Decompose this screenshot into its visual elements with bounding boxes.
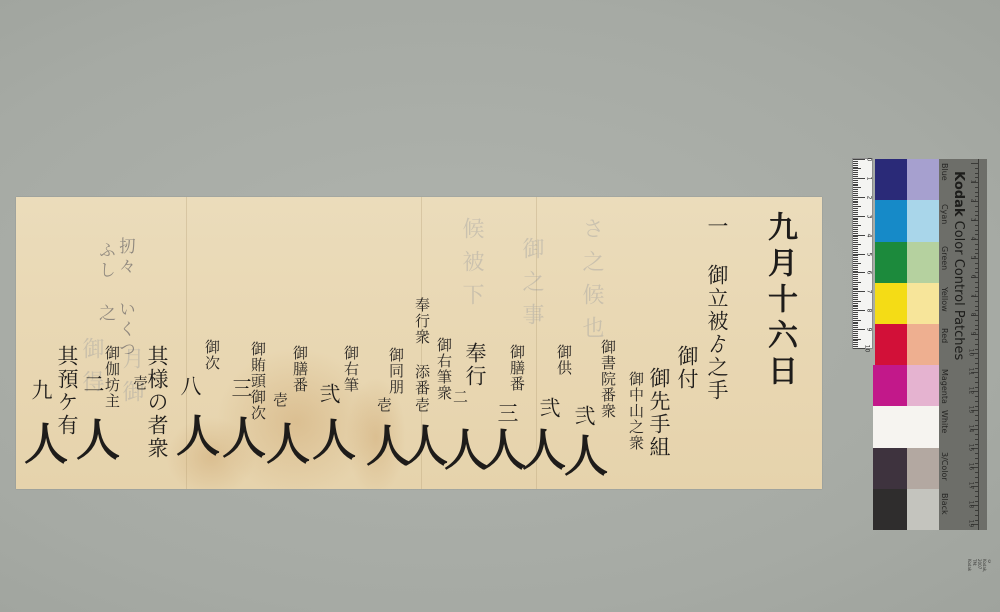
ruler-tick <box>975 406 979 407</box>
color-patch-yellow-light <box>907 283 939 324</box>
color-patch-cyan-dark <box>875 200 907 242</box>
color-patch-blue-dark <box>875 159 907 200</box>
ruler-tick <box>975 415 979 416</box>
text-column: 奉行 <box>464 342 485 388</box>
counter-glyph-hito: 人 <box>482 429 526 473</box>
ruler-number: 8 <box>970 313 977 317</box>
ruler-tick <box>853 235 865 236</box>
ruler-tick <box>975 206 979 207</box>
ruler-tick <box>853 325 858 326</box>
ruler-tick <box>853 236 858 237</box>
ruler-tick <box>853 289 858 290</box>
ruler-tick <box>975 520 979 521</box>
ruler-tick <box>853 244 861 245</box>
ruler-tick <box>853 204 858 205</box>
ruler-tick <box>975 244 979 245</box>
ruler-tick <box>853 312 858 313</box>
ruler-tick <box>975 425 979 426</box>
ruler-tick <box>975 349 979 350</box>
ruler-tick <box>853 316 858 317</box>
show-through-text: 御 之 事 <box>516 237 547 327</box>
ruler-tick <box>971 163 979 164</box>
ruler-number: 7 <box>866 290 873 294</box>
ruler-tick <box>975 358 979 359</box>
ruler-tick <box>975 382 979 383</box>
ruler-tick <box>853 314 858 315</box>
ruler-tick <box>853 286 858 287</box>
count-numeral: 二 <box>82 373 103 396</box>
count-numeral: 九 <box>30 379 51 402</box>
ruler-tick <box>853 257 858 258</box>
color-patch-green-dark <box>875 242 907 283</box>
ruler-tick <box>853 327 858 328</box>
ruler-tick <box>853 165 858 166</box>
ruler-number: 6 <box>970 275 977 279</box>
ruler-tick <box>853 248 858 249</box>
ruler-tick <box>853 223 858 224</box>
color-patch-cyan-light <box>907 200 939 242</box>
ruler-tick <box>853 195 858 196</box>
count-numeral: 八 <box>179 375 200 398</box>
patch-label: Black <box>940 493 949 515</box>
text-column: 一 御立被ゟ之手 <box>706 215 727 402</box>
counter-glyph-hito: 人 <box>522 429 566 473</box>
ruler-tick <box>975 291 979 292</box>
ruler-tick <box>975 168 979 169</box>
ruler-tick <box>975 363 979 364</box>
ruler-tick <box>975 387 979 388</box>
ruler-tick <box>853 218 858 219</box>
ruler-tick <box>853 293 858 294</box>
ruler-tick <box>853 163 858 164</box>
color-patch-3-color-dark <box>873 448 907 489</box>
ruler-tick <box>853 174 858 175</box>
ruler-tick <box>853 255 858 256</box>
ruler-tick <box>975 368 979 369</box>
count-numeral: 壱 <box>132 375 147 391</box>
ruler-tick <box>853 278 858 279</box>
ruler-tick <box>975 287 979 288</box>
ruler-tick <box>853 202 858 203</box>
ruler-tick <box>853 337 858 338</box>
ruler-tick <box>853 299 858 300</box>
ruler-tick <box>975 396 979 397</box>
count-numeral: 三 <box>230 377 251 400</box>
ruler-tick <box>853 323 858 324</box>
ruler-tick <box>975 329 979 330</box>
text-column: 奉行衆 添番 <box>414 297 429 396</box>
ruler-tick <box>853 276 858 277</box>
patch-label: Green <box>940 246 949 270</box>
ruler-tick <box>853 240 858 241</box>
ruler-tick <box>853 219 858 220</box>
ruler-tick <box>853 242 858 243</box>
ruler-tick <box>853 305 858 306</box>
ruler-tick <box>853 199 858 200</box>
ruler-tick <box>853 178 865 179</box>
ruler-tick <box>975 401 979 402</box>
ruler-tick <box>853 318 858 319</box>
ruler-tick <box>853 225 861 226</box>
ruler-tick <box>853 254 865 255</box>
counter-glyph-hito: 人 <box>24 423 68 467</box>
ruler-tick <box>853 295 858 296</box>
ruler-number: 0 <box>866 158 873 162</box>
ruler-tick <box>853 180 858 181</box>
ruler-number: 8 <box>866 309 873 313</box>
ruler-tick <box>853 291 865 292</box>
color-patch-yellow-dark <box>875 283 907 324</box>
ruler-tick <box>975 225 979 226</box>
ruler-tick <box>853 250 858 251</box>
ruler-tick <box>975 173 979 174</box>
count-numeral: 壱 <box>414 397 429 413</box>
ruler-tick <box>975 453 979 454</box>
ruler-number: 9 <box>866 328 873 332</box>
ruler-number: 10 <box>864 345 871 353</box>
count-numeral: 弐 <box>318 383 339 406</box>
count-numeral: 弐 <box>538 397 559 420</box>
counter-glyph-hito: 人 <box>312 419 356 463</box>
ruler-tick <box>853 210 858 211</box>
text-column: 御先手組 <box>648 367 669 459</box>
ruler-tick <box>975 444 979 445</box>
ruler-tick <box>853 233 858 234</box>
ruler-tick <box>853 216 865 217</box>
text-column: 御膳番 <box>292 345 307 393</box>
ruler-tick <box>853 346 858 347</box>
ruler-tick <box>853 308 858 309</box>
ruler-tick <box>853 280 858 281</box>
ruler-tick <box>853 331 858 332</box>
ruler-tick <box>853 238 858 239</box>
ruler-tick <box>853 227 858 228</box>
ruler-tick <box>975 463 979 464</box>
ruler-tick <box>853 333 858 334</box>
ruler-tick <box>975 234 979 235</box>
count-numeral: 二 <box>452 389 467 405</box>
ruler-tick <box>853 159 865 160</box>
count-numeral: 壱 <box>376 397 391 413</box>
ruler-tick <box>853 193 858 194</box>
color-patch-magenta-dark <box>873 365 907 406</box>
ruler-tick <box>853 185 858 186</box>
counter-glyph-hito: 人 <box>444 429 488 473</box>
ruler-tick <box>853 221 858 222</box>
ruler-tick <box>853 201 858 202</box>
ruler-tick <box>853 274 858 275</box>
ruler-tick <box>853 310 865 311</box>
ruler-tick <box>853 252 858 253</box>
text-column: 御付 <box>676 345 697 391</box>
counter-glyph-hito: 人 <box>176 415 220 459</box>
copyright-text: © Kodak, 2007 TM: Kodak <box>967 559 992 572</box>
color-patch-3-color-light <box>907 448 939 489</box>
ruler-tick <box>853 263 861 264</box>
ruler-number: 15 <box>968 444 975 452</box>
ruler-tick <box>853 168 861 169</box>
ruler-tick <box>853 176 858 177</box>
ruler-tick <box>975 211 979 212</box>
ruler-tick <box>853 191 858 192</box>
ruler-tick <box>975 310 979 311</box>
ruler-tick <box>975 344 979 345</box>
ruler-tick <box>853 303 858 304</box>
ruler-number: 17 <box>968 482 975 490</box>
document-paper: さ 之 候 也 御 之 事 候 被 下 御 得 月 御 九月十六日 一 御立被ゟ… <box>16 197 822 489</box>
ruler-tick <box>975 377 979 378</box>
ruler-tick <box>853 301 861 302</box>
ruler-number: 14 <box>968 425 975 433</box>
ruler-tick <box>975 187 979 188</box>
ruler-number: 4 <box>866 233 873 237</box>
ruler-tick <box>853 214 858 215</box>
text-column: 御右筆衆 <box>436 337 451 401</box>
ruler-tick <box>975 439 979 440</box>
patch-label: 3/Color <box>940 452 949 481</box>
ruler-tick <box>975 253 979 254</box>
patch-label: Red <box>940 328 949 343</box>
ruler-tick <box>853 342 858 343</box>
ruler-tick <box>853 208 858 209</box>
ruler-number: 13 <box>968 406 975 414</box>
color-patch-black-light <box>907 489 939 530</box>
ruler-number: 9 <box>970 332 977 336</box>
counter-glyph-hito: 人 <box>76 419 120 463</box>
ruler-tick <box>853 206 861 207</box>
ruler-tick <box>853 339 861 340</box>
ruler-tick <box>853 265 858 266</box>
ruler-tick <box>853 282 861 283</box>
ruler-number: 19 <box>968 520 975 528</box>
ruler-tick <box>975 306 979 307</box>
ruler-tick <box>975 192 979 193</box>
text-column: 御中山之衆 <box>628 371 643 451</box>
ruler-number: 1 <box>866 176 873 180</box>
ruler-tick <box>975 249 979 250</box>
ruler-number: 10 <box>968 349 975 357</box>
ruler-tick <box>853 182 858 183</box>
counter-glyph-hito: 人 <box>266 423 310 467</box>
text-column: 御膳番 <box>509 344 524 392</box>
ruler-tick <box>975 510 979 511</box>
color-patch-red-light <box>907 324 939 365</box>
ruler-tick <box>853 271 858 272</box>
ruler-number: 3 <box>970 218 977 222</box>
ruler-tick <box>853 161 858 162</box>
show-through-text: さ 之 候 也 <box>576 217 607 340</box>
ruler-tick <box>853 189 858 190</box>
kodak-title: Kodak Color Control Patches <box>951 171 966 360</box>
ruler-tick <box>853 197 865 198</box>
ruler-tick <box>853 259 858 260</box>
ruler-number: 16 <box>968 463 975 471</box>
ruler-tick <box>975 215 979 216</box>
ruler-number: 12 <box>968 387 975 395</box>
ruler-tick <box>853 297 858 298</box>
ruler-number: 7 <box>970 294 977 298</box>
ruler-tick <box>853 269 858 270</box>
ruler-tick <box>975 301 979 302</box>
text-column: 御供 <box>556 344 571 376</box>
color-patch-green-light <box>907 242 939 283</box>
ruler-number: 5 <box>866 252 873 256</box>
ruler-tick <box>853 212 858 213</box>
counter-glyph-hito: 人 <box>564 435 608 479</box>
ruler-tick <box>975 491 979 492</box>
ruler-number: 2 <box>866 195 873 199</box>
ruler-tick <box>975 282 979 283</box>
ruler-tick <box>853 306 858 307</box>
ruler-tick <box>853 267 858 268</box>
ruler-tick <box>853 170 858 171</box>
patch-label: Magenta <box>940 369 949 404</box>
ruler-tick <box>853 288 858 289</box>
ruler-tick <box>853 184 858 185</box>
ruler-tick <box>853 172 858 173</box>
ruler-number: 5 <box>970 256 977 260</box>
ruler-tick <box>975 320 979 321</box>
color-patch-black-dark <box>873 489 907 530</box>
ruler-tick <box>853 187 861 188</box>
text-column: 御右筆 <box>343 345 358 393</box>
ruler-tick <box>975 496 979 497</box>
color-patch-blue-light <box>907 159 939 200</box>
ruler-tick <box>975 177 979 178</box>
ruler-tick <box>975 515 979 516</box>
text-column: 其様の者衆 <box>146 345 167 460</box>
ruler-tick <box>853 322 858 323</box>
patch-label: White <box>940 410 949 433</box>
ruler-tick <box>975 325 979 326</box>
count-numeral: 弐 <box>573 405 594 428</box>
ruler-tick <box>975 472 979 473</box>
ruler-tick <box>975 196 979 197</box>
faint-text-column: 扨々 いくつ <box>116 237 133 360</box>
ruler-tick <box>975 339 979 340</box>
ruler-number: 6 <box>866 271 873 275</box>
count-numeral: 三 <box>496 402 517 425</box>
ruler-tick <box>853 329 865 330</box>
measurement-ruler: 012345678910 <box>852 158 873 349</box>
ruler-tick <box>975 477 979 478</box>
ruler-number: 18 <box>968 501 975 509</box>
color-patch-magenta-light <box>907 365 939 406</box>
ruler-tick <box>975 230 979 231</box>
text-column: 御書院番衆 <box>600 339 615 419</box>
ruler-tick <box>975 272 979 273</box>
text-column: 御同朋 <box>388 347 403 395</box>
kodak-gray-scale-ruler: Kodak Color Control Patches © Kodak, 200… <box>939 159 987 530</box>
ruler-tick <box>853 335 858 336</box>
counter-glyph-hito: 人 <box>404 425 448 469</box>
ruler-tick <box>853 167 858 168</box>
text-column: 御次 <box>204 339 219 371</box>
color-patch-white <box>873 406 939 448</box>
patch-label: Yellow <box>940 287 949 312</box>
counter-glyph-hito: 人 <box>222 417 266 461</box>
patch-label: Blue <box>940 163 949 181</box>
ruler-tick <box>975 263 979 264</box>
date-column: 九月十六日 <box>764 211 794 391</box>
ruler-tick <box>975 482 979 483</box>
ruler-tick <box>975 458 979 459</box>
ruler-tick <box>975 434 979 435</box>
ruler-tick <box>853 284 858 285</box>
faint-text-column: ふし 之 <box>96 241 113 324</box>
ruler-tick <box>853 344 858 345</box>
ruler-tick <box>853 246 858 247</box>
ruler-tick <box>975 420 979 421</box>
ruler-number: 4 <box>970 237 977 241</box>
color-patch-red-dark <box>875 324 907 365</box>
ruler-number: 11 <box>968 368 975 376</box>
ruler-tick <box>853 272 865 273</box>
ruler-tick <box>975 268 979 269</box>
counter-glyph-hito: 人 <box>366 425 410 469</box>
show-through-text: 候 被 下 <box>456 217 487 307</box>
ruler-number: 3 <box>866 214 873 218</box>
ruler-tick <box>853 229 858 230</box>
ruler-tick <box>853 320 861 321</box>
ruler-tick <box>853 340 858 341</box>
patch-label: Cyan <box>940 204 949 224</box>
ruler-tick <box>853 261 858 262</box>
ruler-tick <box>853 231 858 232</box>
count-numeral: 壱 <box>272 392 287 408</box>
ruler-number: 2 <box>970 199 977 203</box>
ruler-number: 1 <box>970 180 977 184</box>
ruler-tick <box>975 501 979 502</box>
